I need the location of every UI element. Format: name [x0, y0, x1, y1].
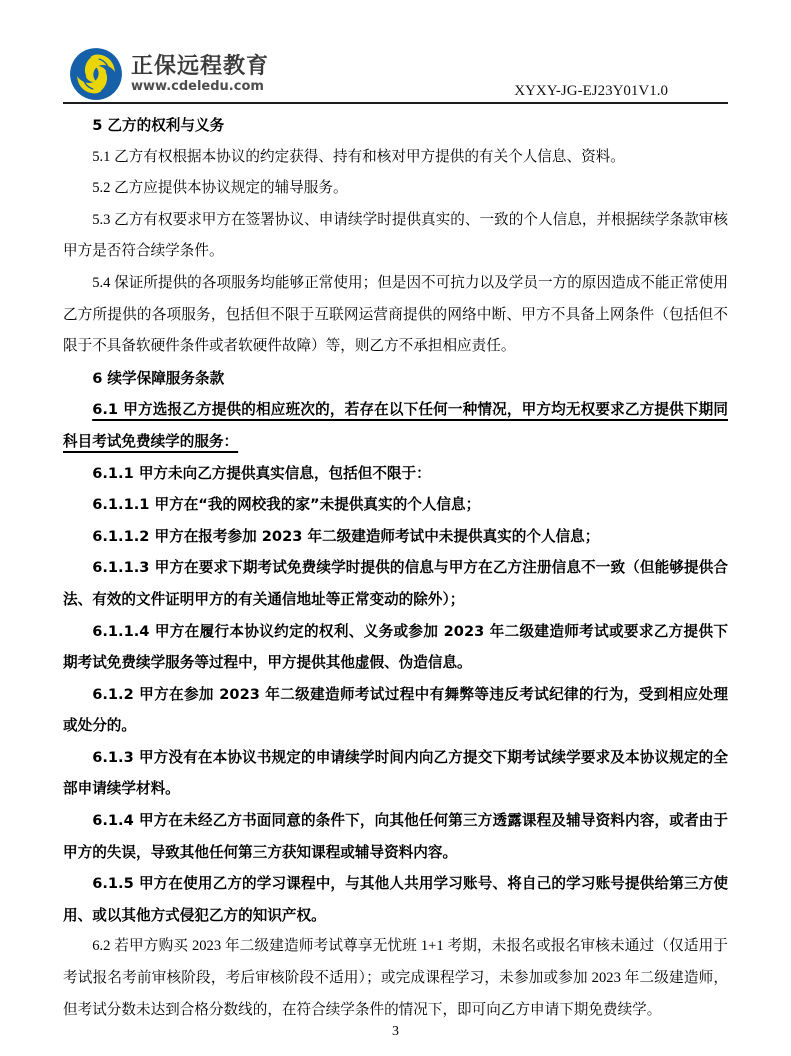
- brand-text-block: 正保远程教育 www.cdeledu.com: [131, 54, 269, 95]
- clause-5-4: 5.4 保证所提供的各项服务均能够正常使用；但是因不可抗力以及学员一方的原因造成…: [63, 268, 728, 363]
- clause-5-1: 5.1 乙方有权根据本协议的约定获得、持有和核对甲方提供的有关个人信息、资料。: [63, 142, 728, 174]
- clause-6-1-4: 6.1.4 甲方在未经乙方书面同意的条件下，向其他任何第三方透露课程及辅导资料内…: [63, 805, 728, 868]
- page-number: 3: [392, 1024, 399, 1039]
- section-6-heading: 6 续学保障服务条款: [63, 363, 728, 395]
- clause-6-1-1-2: 6.1.1.2 甲方在报考参加 2023 年二级建造师考试中未提供真实的个人信息…: [63, 521, 728, 553]
- clause-6-1-3: 6.1.3 甲方没有在本协议书规定的申请续学时间内向乙方提交下期考试续学要求及本…: [63, 742, 728, 805]
- document-body: 5 乙方的权利与义务 5.1 乙方有权根据本协议的约定获得、持有和核对甲方提供的…: [63, 110, 728, 1026]
- page-footer: 3: [0, 1024, 791, 1040]
- document-page: 正保远程教育 www.cdeledu.com XYXY-JG-EJ23Y01V1…: [0, 0, 791, 1056]
- clause-5-3: 5.3 乙方有权要求甲方在签署协议、申请续学时提供真实的、一致的个人信息，并根据…: [63, 205, 728, 268]
- clause-6-1-5: 6.1.5 甲方在使用乙方的学习课程中，与其他人共用学习账号、将自己的学习账号提…: [63, 868, 728, 931]
- document-code: XYXY-JG-EJ23Y01V1.0: [514, 83, 668, 100]
- brand-website: www.cdeledu.com: [131, 79, 269, 95]
- clause-5-2: 5.2 乙方应提供本协议规定的辅导服务。: [63, 173, 728, 205]
- brand-swirl-logo-icon: [69, 47, 123, 101]
- clause-6-1-1-4: 6.1.1.4 甲方在履行本协议约定的权利、义务或参加 2023 年二级建造师考…: [63, 616, 728, 679]
- section-5-heading: 5 乙方的权利与义务: [63, 110, 728, 142]
- clause-6-1-1-1: 6.1.1.1 甲方在“我的网校我的家”未提供真实的个人信息；: [63, 489, 728, 521]
- clause-6-1-1: 6.1.1 甲方未向乙方提供真实信息，包括但不限于：: [63, 458, 728, 490]
- page-header: 正保远程教育 www.cdeledu.com XYXY-JG-EJ23Y01V1…: [63, 0, 728, 104]
- clause-6-1-2: 6.1.2 甲方在参加 2023 年二级建造师考试过程中有舞弊等违反考试纪律的行…: [63, 679, 728, 742]
- clause-6-1-1-3: 6.1.1.3 甲方在要求下期考试免费续学时提供的信息与甲方在乙方注册信息不一致…: [63, 552, 728, 615]
- brand-name: 正保远程教育: [131, 54, 269, 79]
- clause-6-1: 6.1 甲方选报乙方提供的相应班次的，若存在以下任何一种情况，甲方均无权要求乙方…: [63, 394, 728, 457]
- clause-6-2: 6.2 若甲方购买 2023 年二级建造师考试尊享无忧班 1+1 考期，未报名或…: [63, 931, 728, 1026]
- brand-block: 正保远程教育 www.cdeledu.com: [69, 47, 269, 101]
- header-divider: [63, 102, 728, 104]
